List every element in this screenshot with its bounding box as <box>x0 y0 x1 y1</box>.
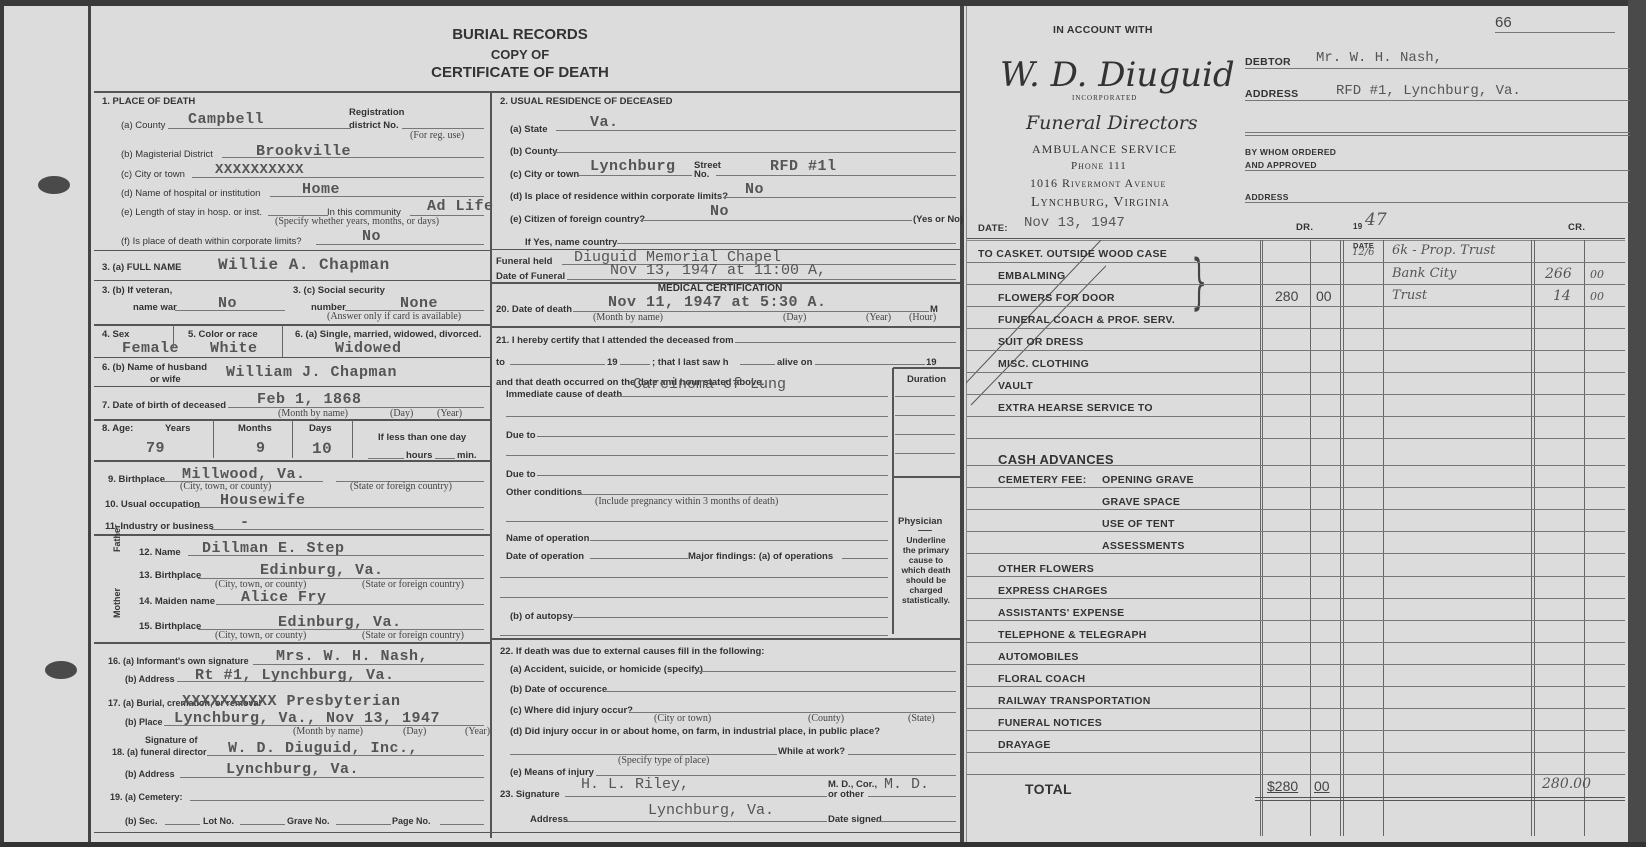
rule <box>967 553 1625 554</box>
last-saw-label: ; that I last saw h <box>652 357 729 368</box>
ledger-item-label: EXPRESS CHARGES <box>998 585 1108 597</box>
rule <box>967 284 1625 285</box>
city-address: Lynchburg, Virginia <box>1031 195 1170 211</box>
total-cents: 00 <box>1314 778 1330 794</box>
where-label: (c) Where did injury occur? <box>510 705 633 716</box>
credit-cents: 00 <box>1590 268 1604 281</box>
rule <box>491 326 960 328</box>
ambulance-service: AMBULANCE SERVICE <box>1032 142 1177 157</box>
rule <box>967 686 1625 687</box>
registration-field[interactable] <box>402 128 484 129</box>
physician-note-line: charged <box>893 585 959 595</box>
certificate-title: BURIAL RECORDS <box>400 26 640 43</box>
ledger-item-label: AUTOMOBILES <box>998 651 1079 663</box>
county-label: (a) County <box>121 120 165 131</box>
rule <box>967 416 1625 417</box>
nineteen-label: 19 <box>607 357 618 368</box>
ledger-item-label: TO CASKET. OUTSIDE WOOD CASE <box>978 248 1167 260</box>
credit-note: Bank City <box>1392 266 1456 281</box>
page-number: 66 <box>1495 14 1512 31</box>
rule <box>1245 135 1630 136</box>
hours-field[interactable] <box>368 458 404 459</box>
days-value: 10 <box>312 440 332 458</box>
months-label: Months <box>238 423 272 434</box>
scan-border-right <box>1628 0 1646 847</box>
full-name-label: 3. (a) FULL NAME <box>102 262 182 273</box>
dob-note-year: (Year) <box>437 408 462 419</box>
work-field[interactable] <box>848 754 956 755</box>
date-signed-field[interactable] <box>876 821 956 822</box>
ledger-col-divider <box>1340 240 1341 836</box>
city-note: (City or town) <box>654 713 711 724</box>
operation-date-field[interactable] <box>590 558 688 559</box>
debtor-label: DEBTOR <box>1245 56 1291 68</box>
rule <box>1245 100 1630 101</box>
rule <box>640 220 912 221</box>
rule <box>94 386 490 387</box>
country-label: If Yes, name country <box>525 237 617 248</box>
residence-corporate-label: (d) Is place of residence within corpora… <box>510 191 728 202</box>
ledger-item-label: EXTRA HEARSE SERVICE TO <box>998 402 1153 414</box>
physician-signature-label: 23. Signature <box>500 789 560 800</box>
ledger-item-label: FLORAL COACH <box>998 673 1085 685</box>
lot-field[interactable] <box>240 824 285 825</box>
section-label: 2. USUAL RESIDENCE OF DECEASED <box>500 96 672 107</box>
ssn-label: 3. (c) Social security <box>293 285 385 296</box>
state-label: (a) State <box>510 124 547 135</box>
dob-label: 7. Date of birth of deceased <box>102 400 226 411</box>
rule <box>94 534 490 536</box>
city-label: (c) City or town <box>121 169 185 180</box>
father-name-label: 12. Name <box>139 547 181 558</box>
rule <box>967 262 1625 263</box>
hospital-value: Home <box>302 181 340 198</box>
birthplace-label: 9. Birthplace <box>108 474 165 485</box>
birthplace-note-city: (City, town, or county) <box>180 481 271 492</box>
street-value: RFD #1l <box>770 158 837 175</box>
hour-note: (Hour) <box>909 312 936 323</box>
rule <box>506 521 888 522</box>
ledger-col-divider <box>1310 240 1311 836</box>
ledger-col-divider <box>1260 240 1261 836</box>
other-conditions-note: (Include pregnancy within 3 months of de… <box>595 496 778 507</box>
cemetery-item: GRAVE SPACE <box>1102 496 1180 508</box>
rule <box>967 642 1625 643</box>
physician-note: Underline the primary cause to which dea… <box>893 535 959 605</box>
to-label: to <box>496 357 505 368</box>
in-account-with: IN ACCOUNT WITH <box>1053 24 1153 36</box>
due-to-field[interactable] <box>537 475 888 476</box>
debtor-value: Mr. W. H. Nash, <box>1316 50 1442 66</box>
brace-glyph: } <box>1191 252 1206 312</box>
cell-divider <box>173 325 174 348</box>
ledger-item-label: OTHER FLOWERS <box>998 563 1094 575</box>
date-column-value: 12/6 <box>1352 247 1374 258</box>
rule <box>491 638 960 640</box>
rule <box>94 460 490 462</box>
operation-date-label: Date of operation <box>506 551 584 562</box>
physician-note-line: cause to <box>893 555 959 565</box>
ordered-field[interactable] <box>1245 170 1630 171</box>
citizen-value: No <box>710 203 729 220</box>
mother-tag: Mother <box>112 588 122 618</box>
rule <box>967 438 1625 439</box>
occurence-field[interactable] <box>605 691 956 692</box>
address2-field[interactable] <box>1245 202 1630 203</box>
director-value: W. D. Diuguid, Inc., <box>228 740 418 757</box>
rule <box>1245 132 1630 133</box>
rule <box>94 642 490 644</box>
cemetery-field[interactable] <box>190 800 484 801</box>
full-name-value: Willie A. Chapman <box>218 256 390 274</box>
informant-address-value: Rt #1, Lynchburg, Va. <box>195 667 395 684</box>
citizen-note: (Yes or No) <box>913 214 963 225</box>
director-label-2: 18. (a) funeral director <box>112 747 207 757</box>
rule <box>893 476 960 478</box>
registration-label-2: district No. <box>349 120 399 131</box>
rule <box>967 372 1625 373</box>
registration-note: (For reg. use) <box>410 130 464 141</box>
occupation-value: Housewife <box>220 492 306 509</box>
occurence-label: (b) Date of occurence <box>510 684 607 695</box>
immediate-cause-value: Carcinoma of Lung <box>633 376 786 393</box>
months-value: 9 <box>256 440 266 457</box>
ledger-item-cents: 00 <box>1316 288 1332 304</box>
spouse-label: 6. (b) Name of husband <box>102 362 207 373</box>
ledger-item-label: RAILWAY TRANSPORTATION <box>998 695 1151 707</box>
duration-field[interactable] <box>895 396 955 397</box>
physician-note-line: should be <box>893 575 959 585</box>
rule <box>967 620 1625 621</box>
rule <box>967 664 1625 665</box>
rule <box>94 280 490 281</box>
phone: Phone 111 <box>1071 160 1127 172</box>
city-value: Lynchburg <box>590 158 676 175</box>
cemetery-item: USE OF TENT <box>1102 518 1175 530</box>
due-to-label: Due to <box>506 430 536 441</box>
rule <box>967 598 1625 599</box>
corporate-value: No <box>362 228 381 245</box>
physician-note-line: the primary <box>893 545 959 555</box>
grave-label: Grave No. <box>287 816 330 826</box>
certificate-subtitle-copy: COPY OF <box>400 47 640 62</box>
page-field[interactable] <box>440 824 484 825</box>
ledger-item-label: FLOWERS FOR DOOR <box>998 292 1115 304</box>
state-note: (State) <box>908 713 935 724</box>
occupation-label: 10. Usual occupation <box>105 499 200 510</box>
section-label: 22. If death was due to external causes … <box>500 646 764 657</box>
ledger-item-label: ASSISTANTS' EXPENSE <box>998 607 1124 619</box>
physician-note-line: Underline <box>893 535 959 545</box>
veteran-value: No <box>218 295 237 312</box>
center-divider-thin <box>966 6 967 842</box>
magisterial-label: (b) Magisterial District <box>121 149 213 160</box>
incorporated-label: INCORPORATED <box>1072 94 1137 102</box>
funeral-date-label: Date of Funeral <box>496 271 565 282</box>
grave-field[interactable] <box>336 824 391 825</box>
rule <box>168 128 351 129</box>
rule <box>893 367 960 369</box>
place-note-day: (Day) <box>403 726 426 737</box>
sec-field[interactable] <box>165 824 200 825</box>
mother-name-label: 14. Maiden name <box>139 596 215 607</box>
year-field[interactable] <box>620 364 650 365</box>
residence-county-field[interactable] <box>553 152 956 153</box>
corporate-label: (f) Is place of death within corporate l… <box>121 236 302 247</box>
rule <box>967 752 1625 753</box>
race-label: 5. Color or race <box>188 329 258 340</box>
informant-signature-label: 16. (a) Informant's own signature <box>108 656 249 666</box>
dr-label: DR. <box>1296 222 1313 233</box>
stay-label: (e) Length of stay in hosp. or inst. <box>121 207 262 218</box>
address-label: ADDRESS <box>1245 88 1298 100</box>
certify-label: 21. I hereby certify that I attended the… <box>496 335 734 346</box>
registration-label: Registration <box>349 107 404 118</box>
credit-total: 280.00 <box>1542 776 1591 792</box>
spouse-label-2: or wife <box>150 374 181 385</box>
company-logo: W. D. Diuguid <box>1000 55 1235 95</box>
dob-value: Feb 1, 1868 <box>257 391 362 408</box>
rule <box>506 416 888 417</box>
physician-address-value: Lynchburg, Va. <box>648 802 774 819</box>
father-name-value: Dillman E. Step <box>202 540 345 557</box>
autopsy-field[interactable] <box>573 617 888 618</box>
county-value: Campbell <box>188 111 264 128</box>
rule <box>1245 68 1630 69</box>
ledger-col-divider <box>1383 240 1384 836</box>
findings-label: Major findings: (a) of operations <box>688 551 833 562</box>
operation-field[interactable] <box>590 540 888 541</box>
credit-dollars: 14 <box>1553 288 1571 304</box>
md-label-2: or other <box>828 789 864 800</box>
ledger-item-label: TELEPHONE & TELEGRAPH <box>998 629 1147 641</box>
place-label: (b) Place <box>125 717 163 727</box>
hospital-label: (d) Name of hospital or institution <box>121 188 260 199</box>
rule <box>612 396 888 397</box>
cell-divider <box>352 420 353 458</box>
years-value: 79 <box>146 440 165 457</box>
certificate-subtitle-main: CERTIFICATE OF DEATH <box>380 64 660 81</box>
cemetery-item: OPENING GRAVE <box>1102 474 1194 486</box>
mother-name-value: Alice Fry <box>241 589 327 606</box>
ordered-label: BY WHOM ORDERED <box>1245 147 1336 157</box>
ledger-item-label: SUIT OR DRESS <box>998 336 1084 348</box>
physician-note-line: statistically. <box>893 595 959 605</box>
rule <box>565 796 827 797</box>
community-value: Ad Life <box>427 198 494 215</box>
stay-note: (Specify whether years, months, or days) <box>275 216 439 227</box>
state-note: (State or foreign country) <box>362 579 464 590</box>
race-value: White <box>210 340 258 357</box>
industry-value: - <box>240 514 250 531</box>
father-birthplace-label: 13. Birthplace <box>139 570 201 581</box>
ledger-col-divider <box>1343 240 1344 836</box>
date-label: DATE: <box>978 223 1008 234</box>
duration-label: Duration <box>907 374 946 385</box>
country-field[interactable] <box>617 243 956 244</box>
death-date-value: Nov 11, 1947 at 5:30 A. <box>608 294 827 311</box>
other-conditions-field[interactable] <box>580 494 888 495</box>
rule <box>967 328 1625 329</box>
punch-hole-bottom <box>45 661 77 679</box>
other-conditions-label: Other conditions <box>506 487 582 498</box>
dob-note-day: (Day) <box>390 408 413 419</box>
birthplace-note-state: (State or foreign country) <box>350 481 452 492</box>
address2-label: ADDRESS <box>1245 192 1289 202</box>
director-label: Signature of <box>145 735 198 745</box>
sex-label: 4. Sex <box>102 329 129 340</box>
rule <box>967 487 1625 488</box>
county-note: (County) <box>808 713 844 724</box>
funeral-date-value: Nov 13, 1947 at 11:00 A, <box>610 262 826 279</box>
funeral-held-label: Funeral held <box>496 256 552 267</box>
findings-field[interactable] <box>842 558 888 559</box>
informant-address-label: (b) Address <box>125 674 175 684</box>
less-day-label: If less than one day <box>378 432 466 443</box>
credit-cents: 00 <box>1590 290 1604 303</box>
rule <box>967 730 1625 731</box>
rule <box>967 465 1625 466</box>
rule <box>211 529 484 530</box>
duration-field[interactable] <box>895 453 955 454</box>
home-label: (d) Did injury occur in or about home, o… <box>510 726 880 737</box>
sec-label: (b) Sec. <box>125 816 158 826</box>
rule <box>500 635 888 636</box>
ledger-col-divider <box>1531 240 1532 836</box>
city-note: (City, town, or county) <box>215 630 306 641</box>
year-handwritten: 47 <box>1365 210 1387 230</box>
address-value: RFD #1, Lynchburg, Va. <box>1336 83 1521 99</box>
duration-field[interactable] <box>895 434 955 435</box>
rule <box>506 455 888 456</box>
rule <box>967 774 1625 775</box>
attended-from-field[interactable] <box>735 342 956 343</box>
cemetery-item: ASSESSMENTS <box>1102 540 1185 552</box>
ledger-item-label: VAULT <box>998 380 1033 392</box>
md-value: M. D. <box>884 776 929 793</box>
rule <box>918 530 932 531</box>
street-label-2: No. <box>694 169 709 180</box>
days-label: Days <box>309 423 332 434</box>
dob-note-month: (Month by name) <box>278 408 348 419</box>
place-value: Lynchburg, Va., Nov 13, 1947 <box>174 710 440 727</box>
rule <box>1255 797 1625 798</box>
total-dollars: $280 <box>1267 778 1298 794</box>
citizen-label: (e) Citizen of foreign country? <box>510 214 645 225</box>
year-note: (Year) <box>866 312 891 323</box>
rule <box>567 279 956 280</box>
accident-field[interactable] <box>696 671 956 672</box>
cemetery-label: 19. (a) Cemetery: <box>110 792 183 802</box>
ledger-item-label: DRAYAGE <box>998 739 1051 751</box>
father-birthplace-value: Edinburg, Va. <box>260 562 384 579</box>
ordered-label-2: AND APPROVED <box>1245 160 1317 170</box>
rule <box>1255 800 1625 801</box>
cr-label: CR. <box>1568 222 1585 233</box>
rule <box>967 238 1625 239</box>
ssn-note: (Answer only if card is available) <box>327 311 461 322</box>
alive-label: alive on <box>777 357 812 368</box>
death-date-label: 20. Date of death <box>496 304 572 315</box>
day-note: (Day) <box>783 312 806 323</box>
min-field[interactable] <box>435 458 455 459</box>
left-frame-border <box>88 6 91 842</box>
county-label: (b) County <box>510 146 558 157</box>
place-note-year: (Year) <box>465 726 490 737</box>
spouse-value: William J. Chapman <box>226 364 397 381</box>
rule <box>94 324 490 326</box>
rule <box>500 597 888 598</box>
rule <box>500 577 888 578</box>
attended-to-field[interactable] <box>510 364 605 365</box>
cell-divider <box>292 420 293 458</box>
veteran-label-2: name war <box>133 302 177 313</box>
date-value: Nov 13, 1947 <box>1024 215 1125 231</box>
ledger-col-divider <box>1584 240 1585 836</box>
burial-value: XXXXXXXXXX Presbyterian <box>182 693 401 710</box>
due-to-label: Due to <box>506 469 536 480</box>
age-label: 8. Age: <box>102 423 133 434</box>
physician-address-label: Address <box>530 814 568 825</box>
credit-note: Trust <box>1392 288 1427 303</box>
cell-divider <box>213 420 214 458</box>
month-note: (Month by name) <box>593 312 663 323</box>
marital-label: 6. (a) Single, married, widowed, divorce… <box>295 329 481 340</box>
rule <box>94 832 960 833</box>
years-label: Years <box>165 423 190 434</box>
rule <box>967 576 1625 577</box>
father-tag: Father <box>112 524 122 552</box>
total-label: TOTAL <box>1025 781 1072 797</box>
informant-signature-value: Mrs. W. H. Nash, <box>276 648 428 665</box>
rule <box>1495 32 1615 33</box>
rule <box>967 394 1625 395</box>
duration-field[interactable] <box>895 415 955 416</box>
rule <box>967 509 1625 510</box>
ledger-item-label: MISC. CLOTHING <box>998 358 1089 370</box>
alive-on-field[interactable] <box>815 364 925 365</box>
ledger-item-label: FUNERAL NOTICES <box>998 717 1102 729</box>
punch-hole-top <box>38 176 70 194</box>
city-value-struck: XXXXXXXXXX <box>215 162 304 178</box>
pronoun-field[interactable] <box>740 364 775 365</box>
rule <box>967 350 1625 351</box>
section-label: 1. PLACE OF DEATH <box>102 96 195 107</box>
place-note-month: (Month by name) <box>293 726 363 737</box>
accident-label: (a) Accident, suicide, or homicide (spec… <box>510 664 703 675</box>
rule <box>716 175 956 176</box>
lot-label: Lot No. <box>203 816 234 826</box>
ledger-col-divider <box>1534 240 1535 836</box>
city-label: (c) City or town <box>510 169 579 180</box>
rule <box>316 244 484 245</box>
rule <box>94 357 490 358</box>
rule <box>567 821 827 822</box>
operation-label: Name of operation <box>506 533 589 544</box>
center-divider <box>960 6 964 842</box>
mother-birthplace-label: 15. Birthplace <box>139 621 201 632</box>
ledger-item-label: FUNERAL COACH & PROF. SERV. <box>998 314 1175 326</box>
page-label: Page No. <box>392 816 431 826</box>
ledger-item-dollars: 280 <box>1275 288 1298 304</box>
scan-border-bottom <box>0 842 1646 847</box>
header-rule <box>94 91 960 93</box>
credit-note: 6k - Prop. Trust <box>1392 243 1495 258</box>
cemetery-fee-label: CEMETERY FEE: <box>998 474 1087 486</box>
due-to-field[interactable] <box>537 436 888 437</box>
work-label: While at work? <box>778 746 845 757</box>
physician-note-line: which death <box>893 565 959 575</box>
